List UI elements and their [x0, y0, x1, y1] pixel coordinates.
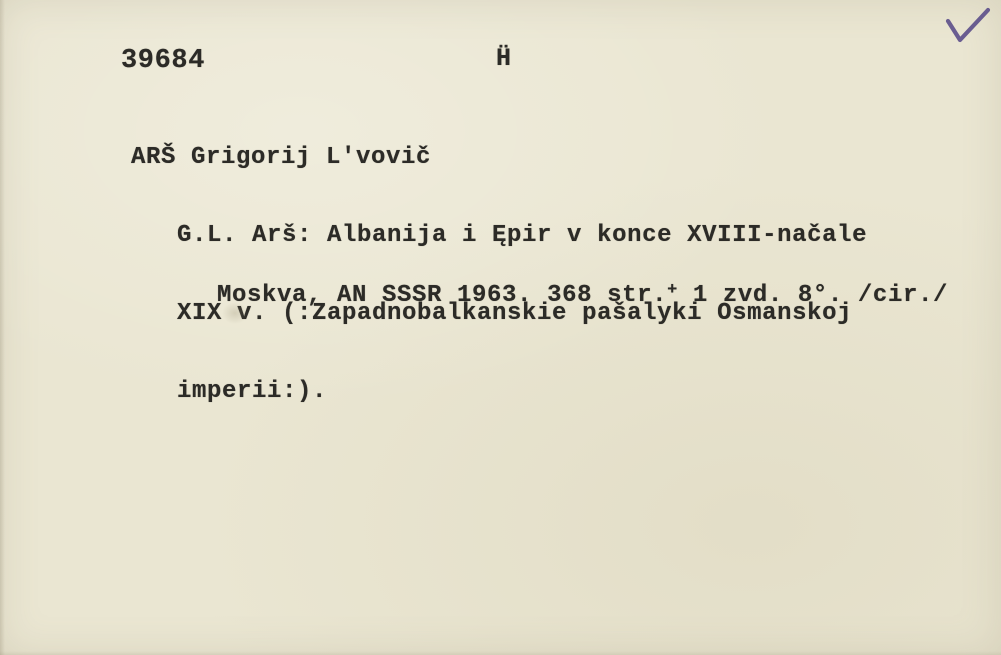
catalog-number: 39684	[121, 46, 205, 76]
superscript-plus: +	[667, 281, 678, 300]
imprint-line: Moskva, AN SSSR 1963. 368 str.+ 1 zvd. 8…	[157, 255, 948, 336]
catalog-card: 39684 Ḧ ARŠ Grigorij L'vovič G.L. Arš: A…	[0, 0, 1001, 655]
title-line: imperii:).	[177, 379, 867, 405]
imprint-text-end: 1 zvd. 8°. /cir./	[678, 282, 948, 309]
checkmark-icon	[936, 4, 998, 50]
heading-letter: Ḧ	[496, 44, 512, 73]
author-line: ARŠ Grigorij L'vovič	[131, 144, 431, 171]
paper-smudge	[222, 302, 248, 324]
imprint-text-start: Moskva, AN SSSR 1963. 368 str.	[217, 282, 667, 309]
title-line: G.L. Arš: Albanija i Ępir v konce XVIII-…	[177, 223, 867, 249]
